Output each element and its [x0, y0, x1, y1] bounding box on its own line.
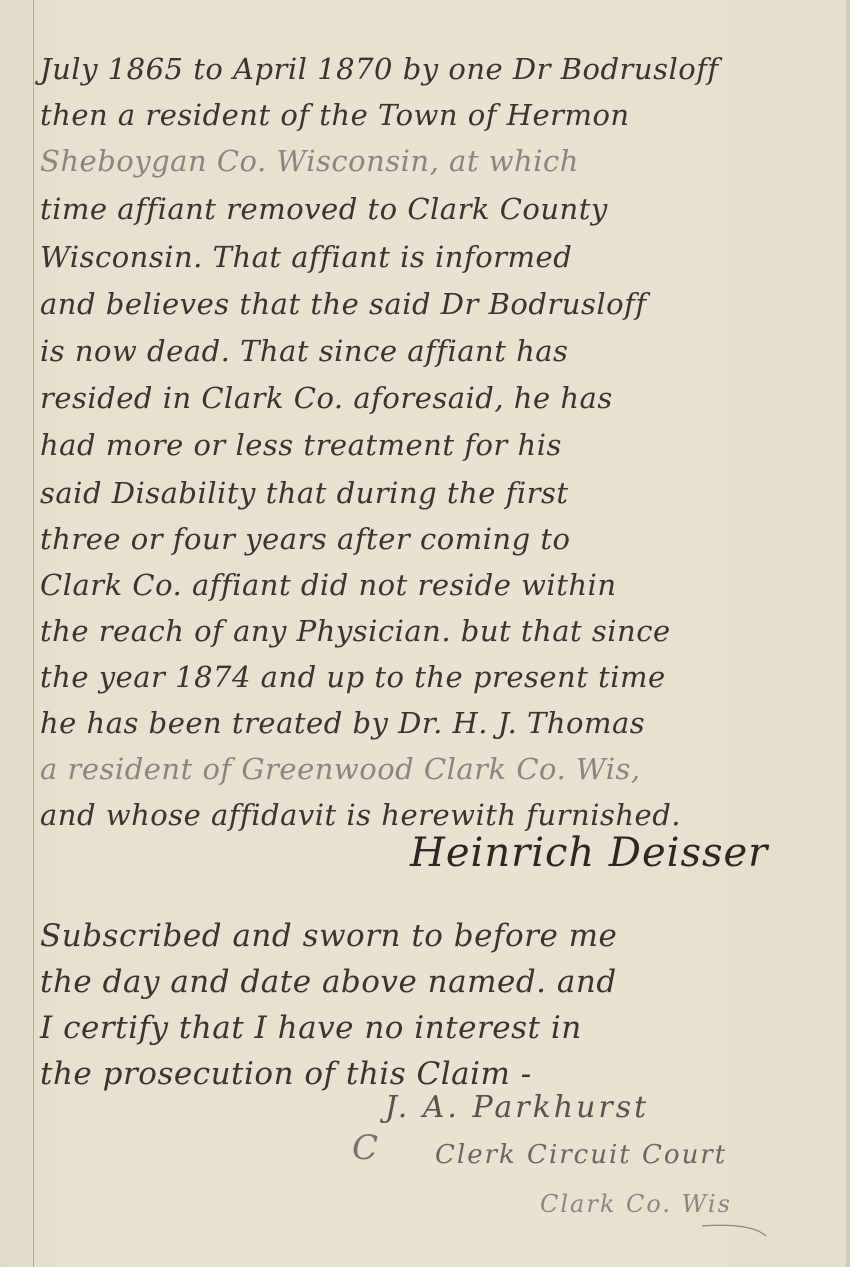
body-line: July 1865 to April 1870 by one Dr Bodrus…	[40, 52, 719, 86]
jurat-line: I certify that I have no interest in	[40, 1010, 582, 1046]
body-line: he has been treated by Dr. H. J. Thomas	[40, 706, 645, 740]
body-line: said Disability that during the first	[40, 476, 569, 510]
official-signature: J. A. Parkhurst	[385, 1090, 649, 1125]
margin-rule	[33, 0, 34, 1267]
body-line: then a resident of the Town of Hermon	[40, 98, 630, 132]
body-line: three or four years after coming to	[40, 522, 571, 556]
body-line: a resident of Greenwood Clark Co. Wis,	[40, 752, 641, 786]
body-line: Wisconsin. That affiant is informed	[40, 240, 572, 274]
body-line: and believes that the said Dr Bodrusloff	[40, 287, 647, 321]
official-location: Clark Co. Wis	[540, 1190, 732, 1218]
document-page: July 1865 to April 1870 by one Dr Bodrus…	[0, 0, 850, 1267]
official-prefix-mark: C	[352, 1128, 378, 1168]
jurat-line: the day and date above named. and	[40, 964, 617, 1000]
body-line: Clark Co. affiant did not reside within	[40, 568, 617, 602]
body-line: the year 1874 and up to the present time	[40, 660, 666, 694]
affiant-signature: Heinrich Deisser	[410, 830, 768, 876]
jurat-line: Subscribed and sworn to before me	[40, 918, 617, 954]
body-line: Sheboygan Co. Wisconsin, at which	[40, 144, 579, 178]
body-line: had more or less treatment for his	[40, 428, 562, 462]
page-edge	[846, 0, 850, 1267]
body-line: time affiant removed to Clark County	[40, 192, 608, 226]
body-line: the reach of any Physician. but that sin…	[40, 614, 671, 648]
jurat-line: the prosecution of this Claim -	[40, 1056, 532, 1092]
body-line: is now dead. That since affiant has	[40, 334, 568, 368]
official-title: Clerk Circuit Court	[435, 1140, 727, 1170]
body-line: resided in Clark Co. aforesaid, he has	[40, 381, 613, 415]
flourish-underline	[700, 1220, 770, 1240]
body-line: and whose affidavit is herewith furnishe…	[40, 798, 681, 832]
